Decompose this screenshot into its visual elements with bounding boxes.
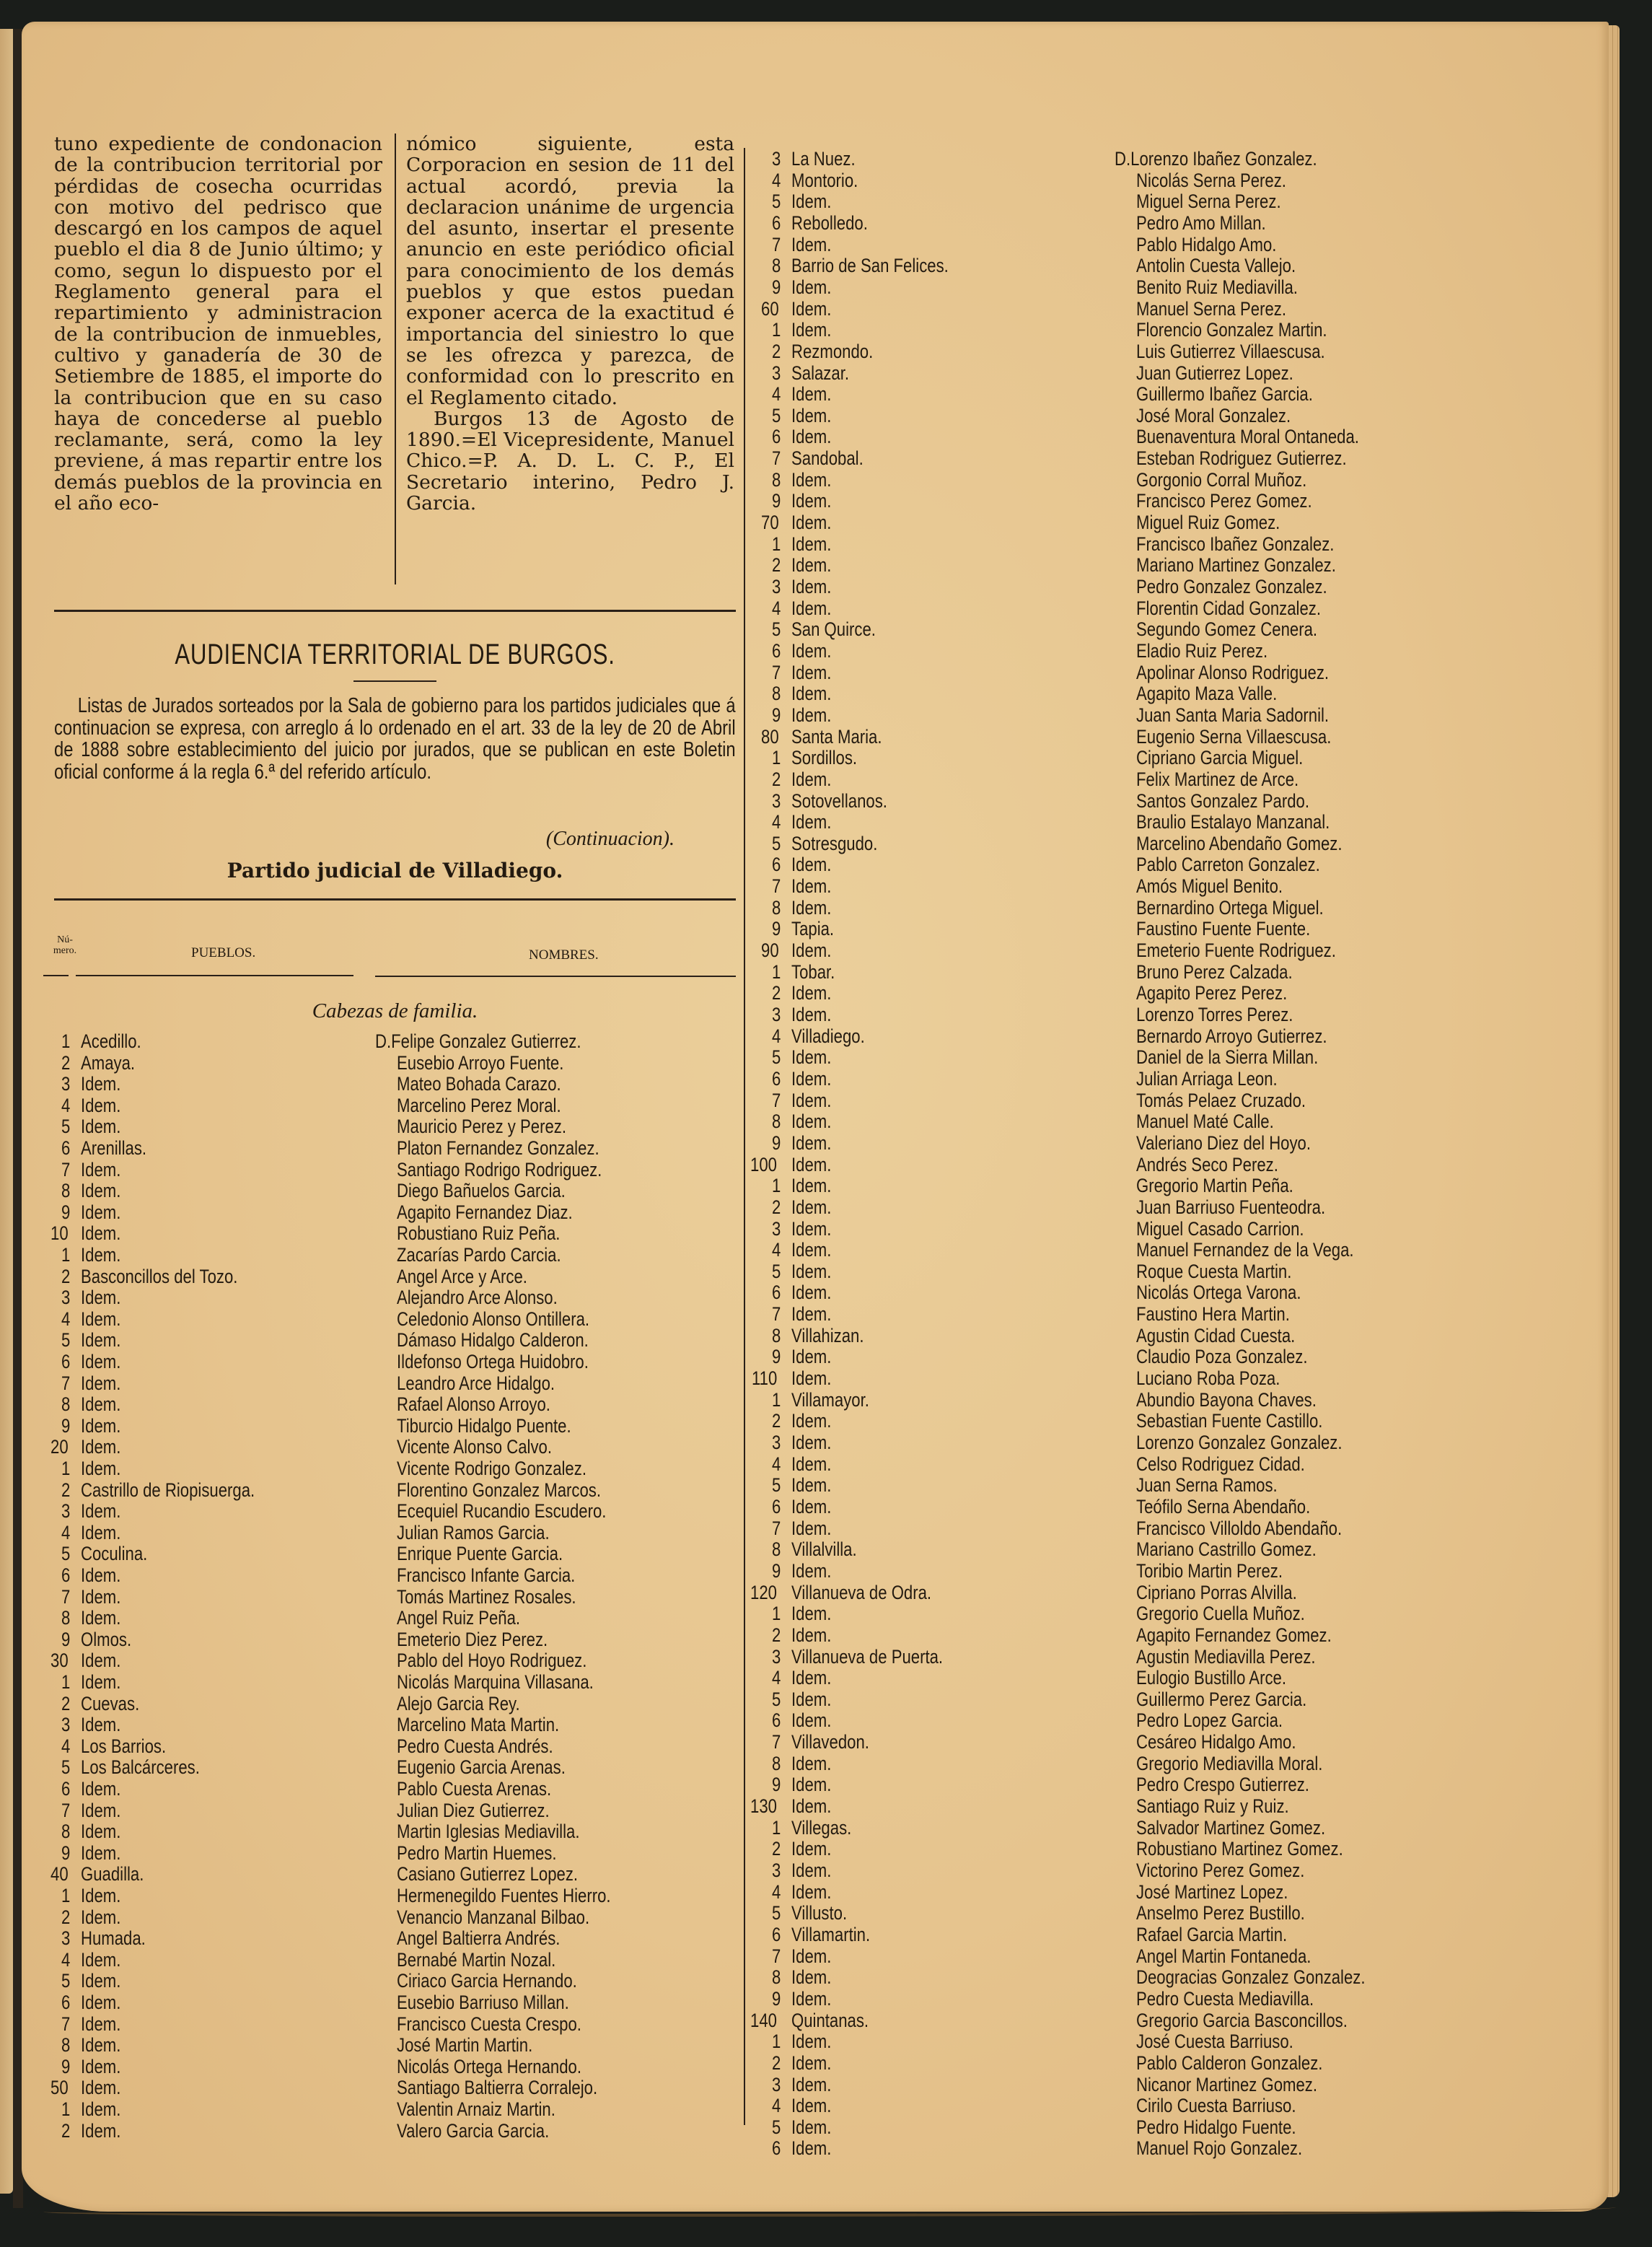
row-pueblo: Idem.	[791, 490, 840, 512]
table-row: 4Idem.Celso Rodriguez Cidad.	[747, 1453, 1540, 1475]
row-number: 10	[36, 1222, 72, 1245]
row-pueblo: Idem.	[791, 1966, 840, 1989]
table-row: 9Idem.Benito Ruiz Mediavilla.	[747, 276, 1540, 298]
row-number: 9	[36, 1629, 72, 1651]
table-row: 8Villahizan.Agustin Cidad Cuesta.	[747, 1325, 1540, 1346]
row-pueblo: Idem.	[81, 1607, 130, 1629]
row-number: 3	[36, 1287, 72, 1309]
table-row: 2Idem.Sebastian Fuente Castillo.	[747, 1410, 1540, 1432]
row-number: 2	[36, 1479, 72, 1502]
row-pueblo: Idem.	[791, 234, 840, 256]
row-number: 1	[747, 961, 783, 984]
row-pueblo: Rebolledo.	[791, 212, 884, 235]
row-number: 4	[747, 383, 783, 406]
row-pueblo: Olmos.	[81, 1629, 143, 1651]
row-pueblo: Idem.	[81, 1393, 130, 1416]
row-pueblo: Idem.	[791, 1239, 840, 1261]
row-nombre: Pedro Martin Huemes.	[397, 1842, 592, 1865]
table-row: 120Villanueva de Odra.Cipriano Porras Al…	[747, 1582, 1540, 1603]
row-nombre: Victorino Perez Gomez.	[1136, 1860, 1342, 1882]
table-row: 140Quintanas.Gregorio Garcia Basconcillo…	[747, 2010, 1540, 2031]
row-number: 8	[747, 469, 783, 491]
row-nombre: Eladio Ruiz Perez.	[1136, 640, 1296, 662]
row-number: 6	[36, 1137, 72, 1160]
table-row: 8Idem.Martin Iglesias Mediavilla.	[36, 1821, 743, 1842]
row-number: 3	[747, 1218, 783, 1240]
row-pueblo: Idem.	[791, 1838, 840, 1860]
row-nombre: Ciriaco Garcia Hernando.	[397, 1970, 617, 1992]
row-nombre: D.Lorenzo Ibañez Gonzalez.	[1115, 148, 1361, 170]
table-row: 5Idem.Miguel Serna Perez.	[747, 190, 1540, 212]
row-number: 5	[747, 833, 783, 855]
row-number: 20	[36, 1436, 72, 1458]
row-number: 3	[36, 1714, 72, 1736]
row-pueblo: Idem.	[81, 1714, 130, 1736]
table-row: 5Coculina.Enrique Puente Garcia.	[36, 1543, 743, 1564]
row-pueblo: Idem.	[81, 1073, 130, 1095]
row-pueblo: Idem.	[81, 2098, 130, 2121]
table-row: 60Idem.Manuel Serna Perez.	[747, 298, 1540, 320]
row-pueblo: Villegas.	[791, 1817, 865, 1839]
table-row: 4Idem.Bernabé Martin Nozal.	[36, 1949, 743, 1971]
row-pueblo: Idem.	[791, 1709, 840, 1732]
row-nombre: Florencio Gonzalez Martin.	[1136, 319, 1369, 341]
table-row: 8Idem.Bernardino Ortega Miguel.	[747, 897, 1540, 919]
table-row: 6Idem.Eusebio Barriuso Millan.	[36, 1992, 743, 2013]
row-pueblo: Idem.	[791, 1346, 840, 1368]
row-number: 9	[747, 704, 783, 727]
row-nombre: Abundio Bayona Chaves.	[1136, 1389, 1356, 1411]
row-nombre: Gregorio Garcia Basconcillos.	[1136, 2010, 1394, 2032]
row-number: 3	[747, 1432, 783, 1454]
row-nombre: Eugenio Serna Villaescusa.	[1136, 726, 1374, 748]
row-pueblo: Idem.	[81, 1415, 130, 1437]
table-row: 9Tapia.Faustino Fuente Fuente.	[747, 918, 1540, 939]
row-nombre: Santos Gonzalez Pardo.	[1136, 790, 1348, 812]
row-nombre: Eusebio Arroyo Fuente.	[397, 1052, 600, 1074]
row-pueblo: Idem.	[791, 1945, 840, 1968]
row-pueblo: Cuevas.	[81, 1693, 152, 1715]
table-row: 8Idem.Gregorio Mediavilla Moral.	[747, 1753, 1540, 1774]
row-nombre: Buenaventura Moral Ontaneda.	[1136, 426, 1408, 448]
row-pueblo: Idem.	[791, 662, 840, 684]
row-pueblo: Idem.	[791, 939, 840, 962]
row-nombre: Angel Ruiz Peña.	[397, 1607, 548, 1629]
table-row: 1Villamayor.Abundio Bayona Chaves.	[747, 1389, 1540, 1411]
row-number: 60	[747, 298, 783, 320]
table-row: 2Castrillo de Riopisuerga.Florentino Gon…	[36, 1479, 743, 1501]
table-row: 9Idem.Francisco Perez Gomez.	[747, 490, 1540, 512]
row-nombre: Benito Ruiz Mediavilla.	[1136, 276, 1333, 299]
row-pueblo: Idem.	[81, 1372, 130, 1395]
row-nombre: Guillermo Ibañez Garcia.	[1136, 383, 1352, 406]
row-pueblo: Idem.	[791, 1196, 840, 1219]
table-row: 3Idem.Alejandro Arce Alonso.	[36, 1287, 743, 1308]
row-pueblo: Idem.	[791, 1496, 840, 1518]
row-nombre: Martin Iglesias Mediavilla.	[397, 1821, 620, 1843]
row-pueblo: Sordillos.	[791, 747, 871, 769]
table-row: 7Sandobal.Esteban Rodriguez Gutierrez.	[747, 447, 1540, 469]
row-number: 6	[36, 1564, 72, 1587]
table-row: 8Idem.Angel Ruiz Peña.	[36, 1607, 743, 1629]
row-nombre: Leandro Arce Hidalgo.	[397, 1372, 589, 1395]
row-nombre: Apolinar Alonso Rodriguez.	[1136, 662, 1371, 684]
row-number: 4	[747, 2095, 783, 2117]
table-row: 70Idem.Miguel Ruiz Gomez.	[747, 512, 1540, 533]
row-nombre: Francisco Cuesta Crespo.	[397, 2013, 622, 2036]
row-pueblo: Idem.	[81, 1329, 130, 1352]
row-number: 2	[747, 1410, 783, 1432]
row-nombre: Ecequiel Rucandio Escudero.	[397, 1500, 652, 1523]
table-row: 4Idem.Braulio Estalayo Manzanal.	[747, 811, 1540, 833]
row-nombre: Diego Bañuelos Garcia.	[397, 1180, 602, 1202]
row-number: 8	[36, 1180, 72, 1202]
row-pueblo: Idem.	[791, 1881, 840, 1904]
table-row: 9Idem.Agapito Fernandez Diaz.	[36, 1201, 743, 1223]
row-number: 2	[747, 982, 783, 1004]
row-nombre: Cesáreo Hidalgo Amo.	[1136, 1731, 1331, 1753]
row-number: 1	[747, 1389, 783, 1411]
table-row: 10Idem.Robustiano Ruiz Peña.	[36, 1222, 743, 1244]
table-row: 1Idem.Zacarías Pardo Carcia.	[36, 1244, 743, 1266]
table-row: 4Idem.Eulogio Bustillo Arce.	[747, 1667, 1540, 1688]
row-number: 8	[747, 1325, 783, 1347]
row-nombre: Francisco Ibañez Gonzalez.	[1136, 533, 1378, 556]
row-number: 4	[747, 1239, 783, 1261]
row-number: 8	[36, 2034, 72, 2057]
row-nombre: José Moral Gonzalez.	[1136, 405, 1324, 427]
row-nombre: Lorenzo Torres Perez.	[1136, 1004, 1327, 1026]
row-nombre: Deogracias Gonzalez Gonzalez.	[1136, 1966, 1415, 1989]
row-number: 3	[747, 362, 783, 385]
row-number: 4	[36, 1095, 72, 1117]
row-pueblo: Idem.	[81, 1308, 130, 1331]
row-nombre: Juan Barriuso Fuenteodra.	[1136, 1196, 1367, 1219]
row-number: 7	[747, 1731, 783, 1753]
row-number: 9	[747, 1560, 783, 1582]
table-row: 4Idem.José Martinez Lopez.	[747, 1881, 1540, 1903]
table-row: 8Idem.Agapito Maza Valle.	[747, 683, 1540, 704]
row-nombre: Emeterio Fuente Rodriguez.	[1136, 939, 1380, 962]
header-rule	[43, 975, 69, 976]
row-number: 9	[36, 1415, 72, 1437]
row-number: 1	[747, 747, 783, 769]
section-title: AUDIENCIA TERRITORIAL DE BURGOS.	[129, 639, 661, 671]
table-row: 6Idem.Francisco Infante Garcia.	[36, 1564, 743, 1586]
table-row: 5Idem.Juan Serna Ramos.	[747, 1474, 1540, 1496]
row-pueblo: Humada.	[81, 1927, 160, 1950]
table-row: 4Idem.Cirilo Cuesta Barriuso.	[747, 2095, 1540, 2116]
row-number: 9	[747, 1774, 783, 1796]
row-number: 2	[747, 1838, 783, 1860]
table-row: 4Villadiego.Bernardo Arroyo Gutierrez.	[747, 1025, 1540, 1047]
row-pueblo: Idem.	[81, 1564, 130, 1587]
row-nombre: Claudio Poza Gonzalez.	[1136, 1346, 1345, 1368]
row-nombre: Marcelino Mata Martin.	[397, 1714, 595, 1736]
row-number: 6	[747, 640, 783, 662]
table-row: 3Villanueva de Puerta.Agustin Mediavilla…	[747, 1646, 1540, 1668]
table-row: 5Los Balcárceres.Eugenio Garcia Arenas.	[36, 1756, 743, 1778]
row-pueblo: Sotresgudo.	[791, 833, 897, 855]
row-nombre: Julian Diez Gutierrez.	[397, 1800, 583, 1822]
row-nombre: Valeriano Diez del Hoyo.	[1136, 1132, 1349, 1155]
row-number: 1	[36, 1671, 72, 1694]
row-number: 4	[36, 1949, 72, 1971]
table-row: 7Idem.Tomás Pelaez Cruzado.	[747, 1090, 1540, 1111]
row-number: 2	[36, 1052, 72, 1074]
row-nombre: Bernardo Arroyo Gutierrez.	[1136, 1025, 1369, 1048]
row-number: 4	[747, 597, 783, 620]
row-number: 2	[36, 1266, 72, 1288]
row-nombre: Eugenio Garcia Arenas.	[397, 1756, 602, 1779]
table-row: 1Sordillos.Cipriano Garcia Miguel.	[747, 747, 1540, 768]
table-row: 110Idem.Luciano Roba Poza.	[747, 1367, 1540, 1389]
row-nombre: José Martinez Lopez.	[1136, 1881, 1322, 1904]
row-nombre: Nicanor Martinez Gomez.	[1136, 2074, 1357, 2096]
table-row: 8Idem.Deogracias Gonzalez Gonzalez.	[747, 1966, 1540, 1988]
title-underline	[353, 680, 436, 682]
row-pueblo: Idem.	[791, 811, 840, 833]
header-nombres: NOMBRES.	[529, 947, 599, 963]
row-number: 6	[747, 1709, 783, 1732]
row-number: 5	[747, 405, 783, 427]
row-pueblo: Idem.	[81, 1500, 130, 1523]
row-pueblo: Idem.	[791, 683, 840, 705]
row-number: 4	[36, 1735, 72, 1758]
row-number: 5	[747, 1474, 783, 1497]
table-row: 9Idem.Claudio Poza Gonzalez.	[747, 1346, 1540, 1367]
row-pueblo: Idem.	[791, 276, 840, 299]
table-row: 1Idem.Valentin Arnaiz Martin.	[36, 2098, 743, 2120]
previous-page-edge	[0, 29, 13, 2194]
row-pueblo: Idem.	[791, 1474, 840, 1497]
table-row: 7Idem.Francisco Villoldo Abendaño.	[747, 1517, 1540, 1539]
row-nombre: Juan Serna Ramos.	[1136, 1474, 1309, 1497]
article-column-b: nómico siguiente, esta Corporacion en se…	[406, 133, 734, 514]
row-nombre: Florentino Gonzalez Marcos.	[397, 1479, 646, 1502]
row-pueblo: Idem.	[791, 1603, 840, 1625]
table-row: 7Idem.Francisco Cuesta Crespo.	[36, 2013, 743, 2035]
row-pueblo: Idem.	[791, 512, 840, 534]
table-row: 2Amaya.Eusebio Arroyo Fuente.	[36, 1052, 743, 1074]
row-nombre: Nicolás Marquina Villasana.	[397, 1671, 637, 1694]
row-pueblo: Idem.	[791, 1282, 840, 1304]
row-number: 3	[747, 1646, 783, 1668]
row-nombre: Miguel Casado Carrion.	[1136, 1218, 1341, 1240]
row-number: 9	[747, 1346, 783, 1368]
row-number: 9	[747, 490, 783, 512]
row-pueblo: Idem.	[81, 2034, 130, 2057]
table-row: 1Idem.Francisco Ibañez Gonzalez.	[747, 533, 1540, 555]
table-row: 6Idem.Pedro Lopez Garcia.	[747, 1709, 1540, 1731]
row-nombre: Robustiano Ruiz Peña.	[397, 1222, 596, 1245]
row-pueblo: Idem.	[791, 1688, 840, 1711]
table-row: 2Cuevas.Alejo Garcia Rey.	[36, 1693, 743, 1714]
table-row: 1Idem.Gregorio Cuella Muñoz.	[747, 1603, 1540, 1624]
table-row: 6Rebolledo.Pedro Amo Millan.	[747, 212, 1540, 234]
row-number: 3	[747, 576, 783, 598]
row-number: 4	[747, 1881, 783, 1904]
row-nombre: Gregorio Cuella Muñoz.	[1136, 1603, 1342, 1625]
row-number: 4	[747, 811, 783, 833]
table-row: 6Arenillas.Platon Fernandez Gonzalez.	[36, 1137, 743, 1159]
row-nombre: Mauricio Perez y Perez.	[397, 1116, 604, 1138]
table-row: 2Idem.Venancio Manzanal Bilbao.	[36, 1906, 743, 1928]
row-number: 5	[747, 1688, 783, 1711]
table-row: 9Idem.Pedro Cuesta Mediavilla.	[747, 1988, 1540, 2010]
table-row: 7Idem.Amós Miguel Benito.	[747, 875, 1540, 897]
row-number: 3	[36, 1500, 72, 1523]
row-nombre: Eulogio Bustillo Arce.	[1136, 1667, 1319, 1689]
table-row: 9Idem.Valeriano Diez del Hoyo.	[747, 1132, 1540, 1154]
row-number: 5	[36, 1329, 72, 1352]
row-nombre: Pablo Carreton Gonzalez.	[1136, 854, 1361, 876]
row-nombre: Bruno Perez Calzada.	[1136, 961, 1327, 984]
row-number: 6	[747, 1282, 783, 1304]
row-pueblo: Idem.	[81, 1159, 130, 1181]
row-pueblo: Idem.	[791, 1090, 840, 1112]
table-row: 5Villusto.Anselmo Perez Bustillo.	[747, 1902, 1540, 1924]
table-row: 3Idem.Victorino Perez Gomez.	[747, 1860, 1540, 1881]
row-nombre: Ildefonso Ortega Huidobro.	[397, 1351, 631, 1373]
table-row: 1Idem.Nicolás Marquina Villasana.	[36, 1671, 743, 1693]
table-row: 1Idem.Vicente Rodrigo Gonzalez.	[36, 1458, 743, 1479]
row-number: 9	[36, 1201, 72, 1224]
row-nombre: Agapito Fernandez Diaz.	[397, 1201, 611, 1224]
table-row: 3Idem.Mateo Bohada Carazo.	[36, 1073, 743, 1095]
row-nombre: Lorenzo Gonzalez Gonzalez.	[1136, 1432, 1387, 1454]
table-row: 2Idem.Pablo Calderon Gonzalez.	[747, 2052, 1540, 2074]
row-number: 4	[747, 1453, 783, 1476]
row-number: 7	[747, 1517, 783, 1540]
row-nombre: Faustino Fuente Fuente.	[1136, 918, 1348, 940]
row-pueblo: Idem.	[791, 1261, 840, 1283]
row-pueblo: Villalvilla.	[791, 1538, 871, 1561]
row-pueblo: Idem.	[81, 2120, 130, 2142]
row-number: 2	[36, 2120, 72, 2142]
row-nombre: Roque Cuesta Martin.	[1136, 1261, 1326, 1283]
row-pueblo: Idem.	[81, 1586, 130, 1608]
row-number: 4	[747, 170, 783, 192]
row-pueblo: Idem.	[791, 1560, 840, 1582]
table-row: 7Idem.Apolinar Alonso Rodriguez.	[747, 662, 1540, 683]
row-pueblo: Villamayor.	[791, 1389, 887, 1411]
row-pueblo: Idem.	[791, 1432, 840, 1454]
row-number: 100	[747, 1154, 783, 1176]
row-number: 9	[747, 918, 783, 940]
row-number: 140	[747, 2010, 783, 2032]
row-number: 3	[747, 1860, 783, 1882]
table-row: 2Idem.Agapito Fernandez Gomez.	[747, 1624, 1540, 1646]
table-row: 9Idem.Juan Santa Maria Sadornil.	[747, 704, 1540, 726]
row-pueblo: Idem.	[791, 597, 840, 620]
row-number: 8	[747, 897, 783, 919]
row-number: 6	[36, 1992, 72, 2014]
partido-heading: Partido judicial de Villadiego.	[54, 859, 736, 882]
row-nombre: Santiago Rodrigo Rodriguez.	[397, 1159, 647, 1181]
row-pueblo: Sotovellanos.	[791, 790, 908, 812]
row-nombre: Santiago Ruiz y Ruiz.	[1136, 1795, 1322, 1818]
row-nombre: Sebastian Fuente Castillo.	[1136, 1410, 1363, 1432]
row-nombre: Enrique Puente Garcia.	[397, 1543, 599, 1565]
row-pueblo: Idem.	[791, 1410, 840, 1432]
table-row: 9Olmos.Emeterio Diez Perez.	[36, 1629, 743, 1650]
row-pueblo: Santa Maria.	[791, 726, 902, 748]
row-nombre: Cipriano Garcia Miguel.	[1136, 747, 1340, 769]
row-nombre: Celso Rodriguez Cidad.	[1136, 1453, 1342, 1476]
row-number: 2	[747, 1196, 783, 1219]
table-row: 9Idem.Pedro Crespo Gutierrez.	[747, 1774, 1540, 1795]
table-row: 7Idem.Pablo Hidalgo Amo.	[747, 234, 1540, 255]
row-pueblo: Idem.	[81, 1970, 130, 1992]
row-number: 1	[747, 1603, 783, 1625]
table-row: 5San Quirce.Segundo Gomez Cenera.	[747, 618, 1540, 640]
row-number: 3	[747, 2074, 783, 2096]
row-pueblo: Arenillas.	[81, 1137, 161, 1160]
row-pueblo: Idem.	[791, 1132, 840, 1155]
row-number: 90	[747, 939, 783, 962]
row-number: 2	[36, 1906, 72, 1929]
row-pueblo: Idem.	[791, 875, 840, 898]
row-number: 2	[747, 1624, 783, 1647]
row-pueblo: Villadiego.	[791, 1025, 881, 1048]
row-nombre: Amós Miguel Benito.	[1136, 875, 1315, 898]
row-nombre: Bernabé Martin Nozal.	[397, 1949, 591, 1971]
row-pueblo: Idem.	[81, 1201, 130, 1224]
row-pueblo: Idem.	[791, 2116, 840, 2139]
table-row: 6Idem.Eladio Ruiz Perez.	[747, 640, 1540, 662]
row-nombre: Pedro Gonzalez Gonzalez.	[1136, 576, 1369, 598]
row-nombre: Tomás Pelaez Cruzado.	[1136, 1090, 1343, 1112]
table-row: 5Sotresgudo.Marcelino Abendaño Gomez.	[747, 833, 1540, 854]
row-pueblo: Sandobal.	[791, 447, 879, 470]
row-pueblo: Idem.	[791, 1218, 840, 1240]
row-number: 4	[747, 1667, 783, 1689]
row-pueblo: Idem.	[791, 1175, 840, 1197]
row-nombre: Dámaso Hidalgo Calderon.	[397, 1329, 631, 1352]
article-paragraph: nómico siguiente, esta Corporacion en se…	[406, 133, 734, 408]
row-pueblo: Idem.	[791, 383, 840, 406]
row-number: 8	[36, 1393, 72, 1416]
row-nombre: Vicente Alonso Calvo.	[397, 1436, 586, 1458]
row-pueblo: Idem.	[81, 1095, 130, 1117]
column-divider	[395, 133, 396, 584]
row-nombre: Gregorio Mediavilla Moral.	[1136, 1753, 1363, 1775]
row-number: 5	[747, 2116, 783, 2139]
table-row: 50Idem.Santiago Baltierra Corralejo.	[36, 2077, 743, 2098]
row-number: 5	[36, 1116, 72, 1138]
row-pueblo: Idem.	[81, 2056, 130, 2078]
row-nombre: Gregorio Martin Peña.	[1136, 1175, 1328, 1197]
row-pueblo: Idem.	[791, 2052, 840, 2075]
article-signature: Burgos 13 de Agosto de 1890.=El Vicepres…	[406, 408, 734, 514]
row-pueblo: Idem.	[81, 1992, 130, 2014]
row-number: 120	[747, 1582, 783, 1604]
table-row: 6Idem.Teófilo Serna Abendaño.	[747, 1496, 1540, 1517]
row-pueblo: Idem.	[81, 1671, 130, 1694]
row-number: 1	[747, 533, 783, 556]
row-nombre: Agustin Cidad Cuesta.	[1136, 1325, 1330, 1347]
table-row: 2Idem.Robustiano Martinez Gomez.	[747, 1838, 1540, 1860]
row-pueblo: Idem.	[791, 1753, 840, 1775]
row-number: 7	[747, 875, 783, 898]
row-number: 8	[36, 1607, 72, 1629]
table-row: 2Basconcillos del Tozo.Angel Arce y Arce…	[36, 1266, 743, 1287]
row-nombre: Emeterio Diez Perez.	[397, 1629, 581, 1651]
row-pueblo: Idem.	[81, 1522, 130, 1544]
row-nombre: Rafael Garcia Martin.	[1136, 1924, 1320, 1946]
row-pueblo: Idem.	[791, 1774, 840, 1796]
